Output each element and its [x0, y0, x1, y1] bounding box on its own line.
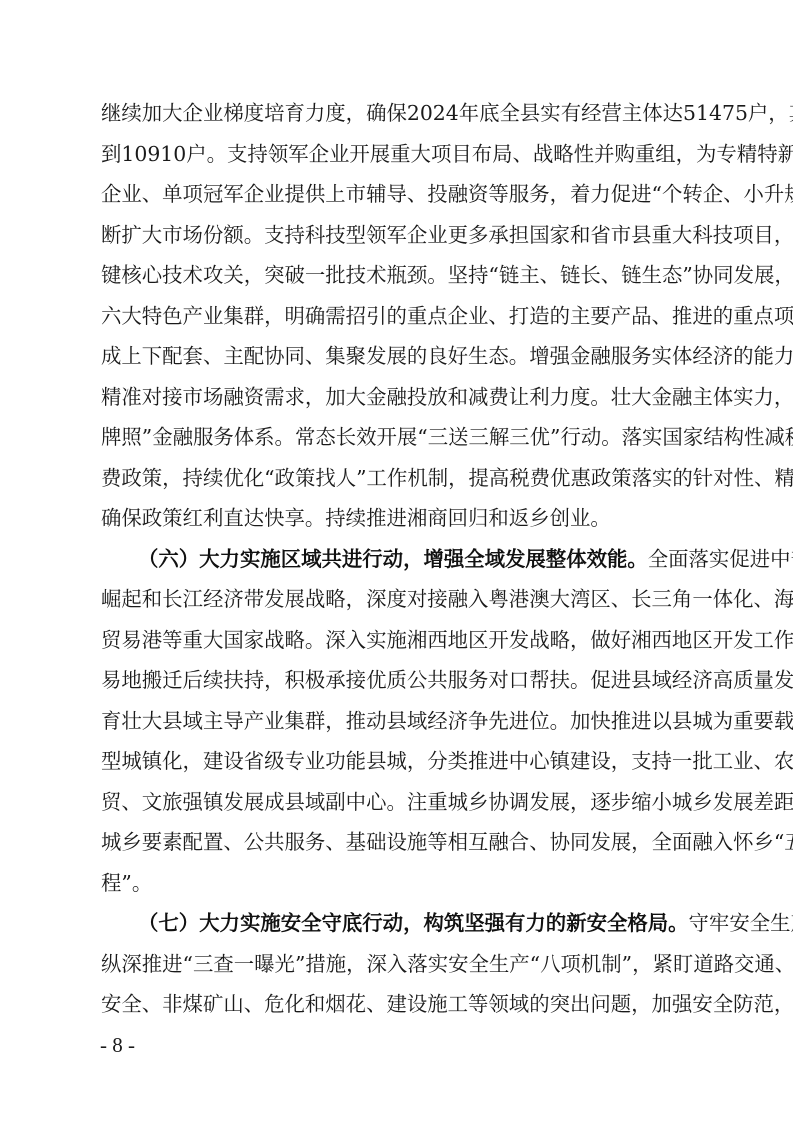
- text-line: 企业、单项冠军企业提供上市辅导、投融资等服务，着力促进“个转企、小升规”，不: [101, 174, 693, 214]
- text-line: 贸易港等重大国家战略。深入实施湘西地区开发战略，做好湘西地区开发工作，抓实: [101, 620, 693, 660]
- text-line: 崛起和长江经济带发展战略，深度对接融入粤港澳大湾区、长三角一体化、海南自由: [101, 579, 693, 619]
- page-number: - 8 -: [100, 1030, 135, 1060]
- section-heading-line: （七）大力实施安全守底行动，构筑坚强有力的新安全格局。守牢安全生产底线。: [138, 903, 693, 943]
- text-line: 城乡要素配置、公共服务、基础设施等相互融合、协同发展，全面融入怀乡“五百工: [101, 822, 693, 862]
- text-line: 型城镇化，建设省级专业功能县城，分类推进中心镇建设，支持一批工业、农业、商: [101, 741, 693, 781]
- text-line: 贸、文旅强镇发展成县域副中心。注重城乡协调发展，逐步缩小城乡发展差距，推动: [101, 782, 693, 822]
- text-line: 安全、非煤矿山、危化和烟花、建设施工等领域的突出问题，加强安全防范，提升本: [101, 984, 693, 1024]
- text-line: 继续加大企业梯度培育力度，确保2024年底全县实有经营主体达51475户，其中企…: [101, 93, 693, 133]
- text-line: 程”。: [101, 863, 693, 903]
- text-line: 确保政策红利直达快享。持续推进湘商回归和返乡创业。: [101, 498, 693, 538]
- text-line: 断扩大市场份额。支持科技型领军企业更多承担国家和省市县重大科技项目，开展关: [101, 215, 693, 255]
- text-line: 六大特色产业集群，明确需招引的重点企业、打造的主要产品、推进的重点项目，形: [101, 296, 693, 336]
- section-heading: （七）大力实施安全守底行动，构筑坚强有力的新安全格局。: [138, 911, 689, 935]
- text-line: 牌照”金融服务体系。常态长效开展“三送三解三优”行动。落实国家结构性减税降: [101, 417, 693, 457]
- document-page: 继续加大企业梯度培育力度，确保2024年底全县实有经营主体达51475户，其中企…: [0, 0, 793, 1122]
- text-line: 精准对接市场融资需求，加大金融投放和减费让利力度。壮大金融主体实力，打造“全: [101, 377, 693, 417]
- text-line: 纵深推进“三查一曝光”措施，深入落实安全生产“八项机制”，紧盯道路交通、消防: [101, 944, 693, 984]
- text-line: 键核心技术攻关，突破一批技术瓶颈。坚持“链主、链长、链生态”协同发展，围绕: [101, 255, 693, 295]
- text-line: 易地搬迁后续扶持，积极承接优质公共服务对口帮扶。促进县域经济高质量发展，培: [101, 660, 693, 700]
- section-heading-tail: 全面落实促进中部地区: [648, 547, 793, 571]
- text-line: 成上下配套、主配协同、集聚发展的良好生态。增强金融服务实体经济的能力和水平，: [101, 336, 693, 376]
- section-heading: （六）大力实施区域共进行动，增强全域发展整体效能。: [138, 547, 648, 571]
- text-line: 到10910户。支持领军企业开展重大项目布局、战略性并购重组，为专精特新“小巨人…: [101, 134, 693, 174]
- text-line: 费政策，持续优化“政策找人”工作机制，提高税费优惠政策落实的针对性、精准性，: [101, 458, 693, 498]
- section-heading-tail: 守牢安全生产底线。: [689, 911, 793, 935]
- text-line: 育壮大县域主导产业集群，推动县域经济争先进位。加快推进以县城为重要载体的新: [101, 701, 693, 741]
- section-heading-line: （六）大力实施区域共进行动，增强全域发展整体效能。全面落实促进中部地区: [138, 539, 693, 579]
